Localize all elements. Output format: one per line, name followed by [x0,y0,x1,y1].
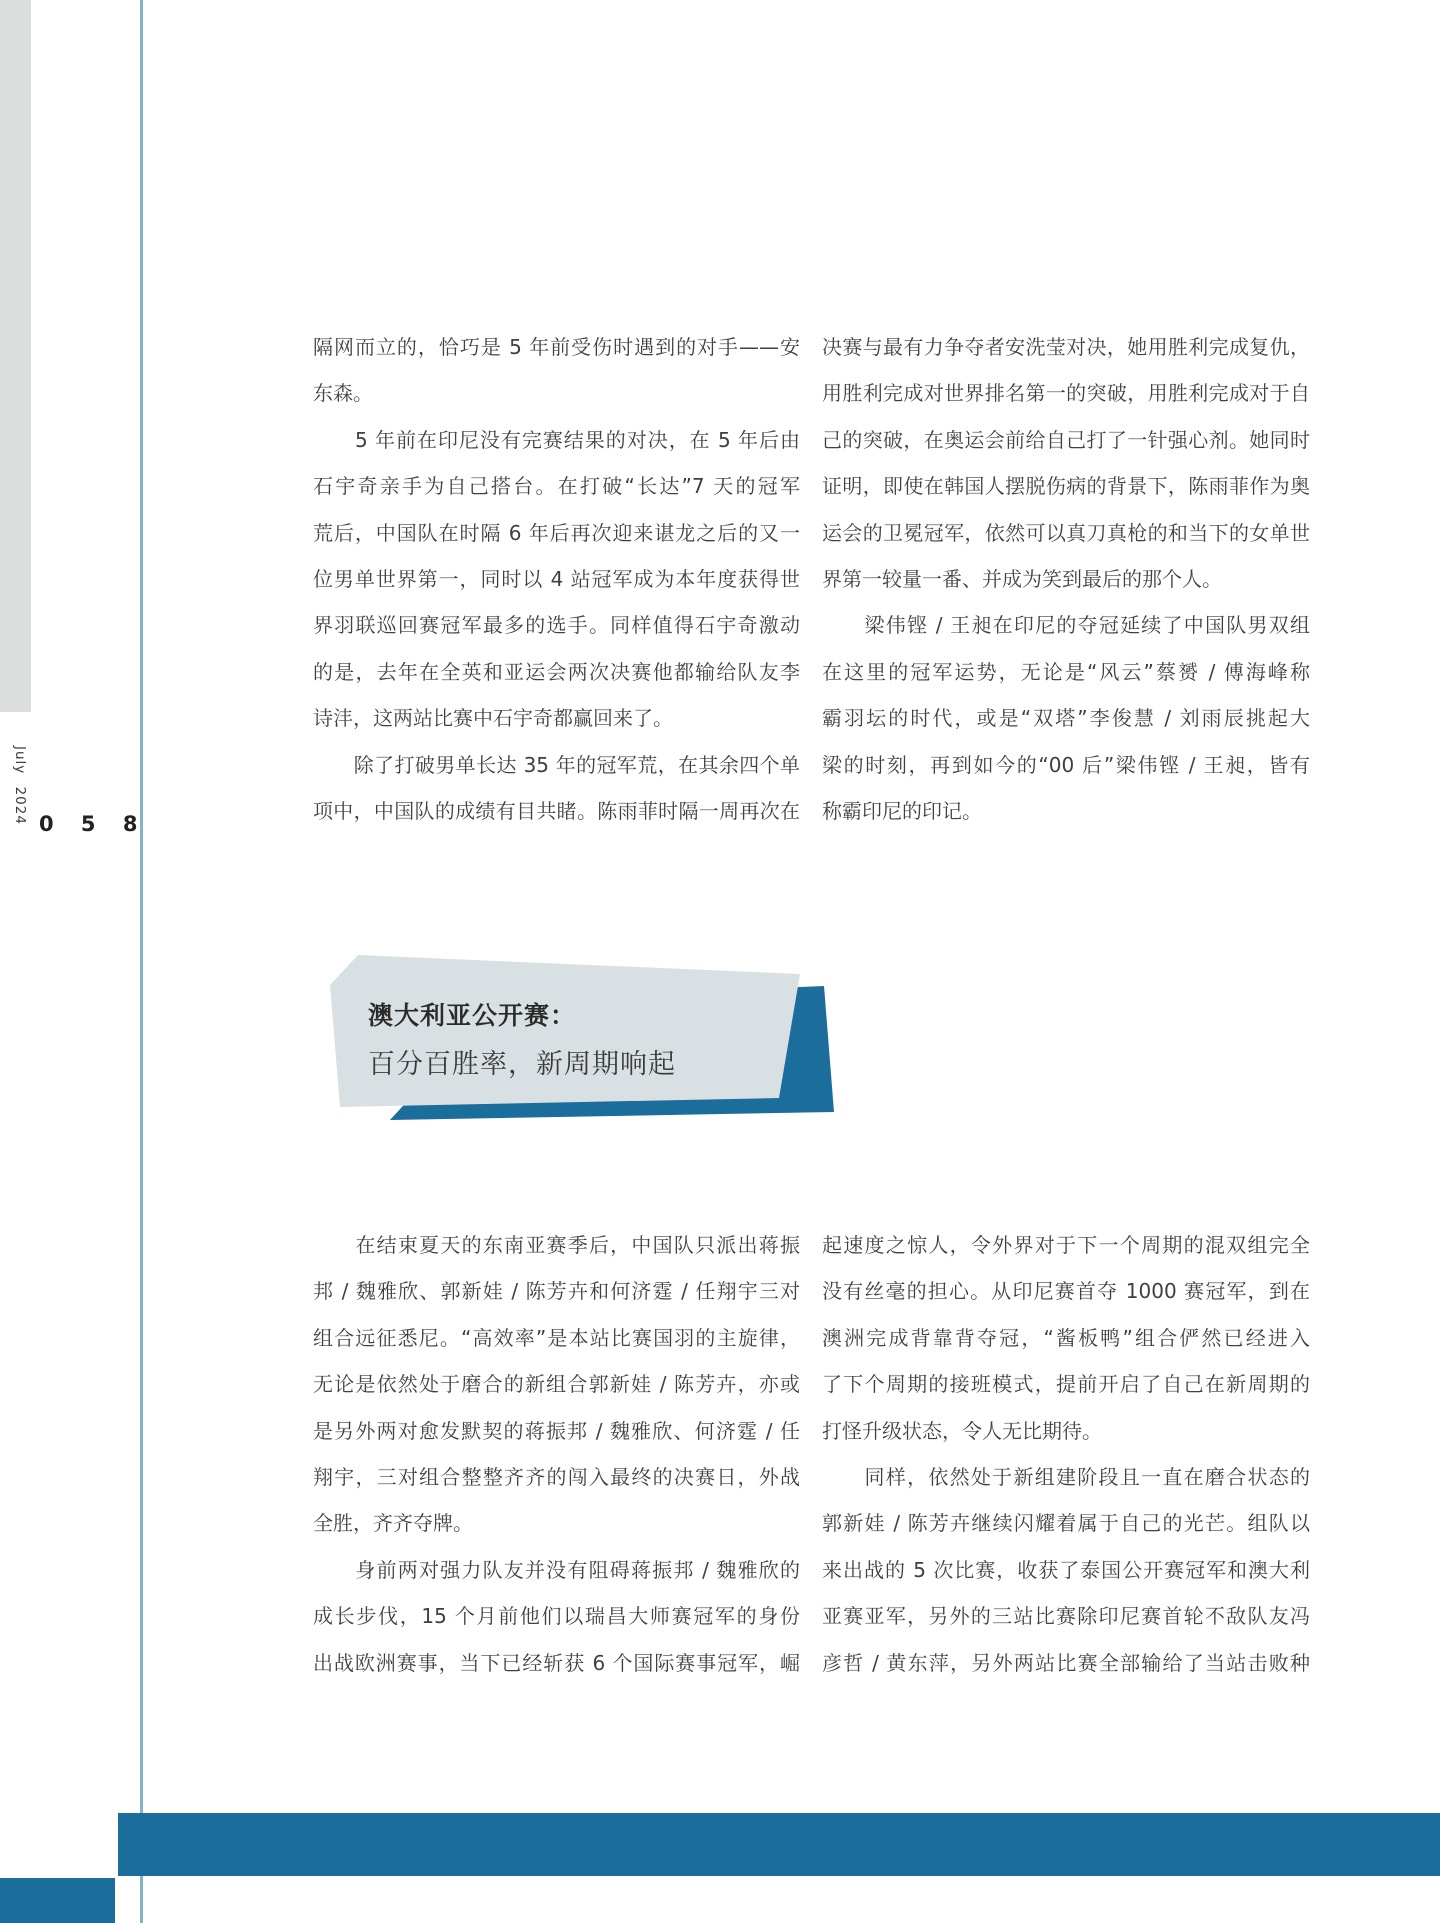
text-line: 是另外两对愈发默契的蒋振邦 / 魏雅欣、何济霆 / 任 [313,1408,800,1454]
text-line: 隔网而立的，恰巧是 5 年前受伤时遇到的对手——安 [313,324,800,370]
text-line: 界第一较量一番、并成为笑到最后的那个人。 [822,556,1310,602]
text-line: 位男单世界第一，同时以 4 站冠军成为本年度获得世 [313,556,800,602]
text-line: 澳洲完成背靠背夺冠，“酱板鸭”组合俨然已经进入 [822,1315,1310,1361]
text-line: 诗沣，这两站比赛中石宇奇都赢回来了。 [313,695,800,741]
text-line: 彦哲 / 黄东萍，另外两站比赛全部输给了当站击败种 [822,1640,1310,1686]
text-line: 没有丝毫的担心。从印尼赛首夺 1000 赛冠军，到在 [822,1268,1310,1314]
issue-date-vertical: July 2024 [12,746,28,846]
article-column-bottom-right: 起速度之惊人，令外界对于下一个周期的混双组完全没有丝毫的担心。从印尼赛首夺 10… [822,1222,1310,1686]
text-line: 组合远征悉尼。“高效率”是本站比赛国羽的主旋律， [313,1315,800,1361]
text-line: 同样，依然处于新组建阶段且一直在磨合状态的 [822,1454,1310,1500]
section-banner-title: 澳大利亚公开赛： [368,996,576,1032]
text-line: 霸羽坛的时代，或是“双塔”李俊慧 / 刘雨辰挑起大 [822,695,1310,741]
article-column-bottom-left: 在结束夏天的东南亚赛季后，中国队只派出蒋振邦 / 魏雅欣、郭新娃 / 陈芳卉和何… [313,1222,800,1686]
article-column-top-right: 决赛与最有力争夺者安洗莹对决，她用胜利完成复仇，用胜利完成对世界排名第一的突破，… [822,324,1310,834]
text-line: 界羽联巡回赛冠军最多的选手。同样值得石宇奇激动 [313,602,800,648]
text-line: 在结束夏天的东南亚赛季后，中国队只派出蒋振 [313,1222,800,1268]
text-line: 亚赛亚军，另外的三站比赛除印尼赛首轮不敌队友冯 [822,1593,1310,1639]
text-line: 打怪升级状态，令人无比期待。 [822,1408,1310,1454]
text-line: 己的突破，在奥运会前给自己打了一针强心剂。她同时 [822,417,1310,463]
text-line: 在这里的冠军运势，无论是“风云”蔡赟 / 傅海峰称 [822,649,1310,695]
text-line: 东森。 [313,370,800,416]
text-line: 石宇奇亲手为自己搭台。在打破“长达”7 天的冠军 [313,463,800,509]
text-line: 5 年前在印尼没有完赛结果的对决，在 5 年后由 [313,417,800,463]
text-line: 无论是依然处于磨合的新组合郭新娃 / 陈芳卉，亦或 [313,1361,800,1407]
text-line: 郭新娃 / 陈芳卉继续闪耀着属于自己的光芒。组队以 [822,1500,1310,1546]
text-line: 称霸印尼的印记。 [822,788,1310,834]
text-line: 身前两对强力队友并没有阻碍蒋振邦 / 魏雅欣的 [313,1547,800,1593]
text-line: 证明，即使在韩国人摆脱伤病的背景下，陈雨菲作为奥 [822,463,1310,509]
text-line: 起速度之惊人，令外界对于下一个周期的混双组完全 [822,1222,1310,1268]
footer-band [118,1813,1440,1876]
text-line: 荒后，中国队在时隔 6 年后再次迎来谌龙之后的又一 [313,510,800,556]
text-line: 翔宇，三对组合整整齐齐的闯入最终的决赛日，外战 [313,1454,800,1500]
text-line: 来出战的 5 次比赛，收获了泰国公开赛冠军和澳大利 [822,1547,1310,1593]
text-line: 除了打破男单长达 35 年的冠军荒，在其余四个单 [313,742,800,788]
text-line: 决赛与最有力争夺者安洗莹对决，她用胜利完成复仇， [822,324,1310,370]
text-line: 梁伟铿 / 王昶在印尼的夺冠延续了中国队男双组 [822,602,1310,648]
text-line: 了下个周期的接班模式，提前开启了自己在新周期的 [822,1361,1310,1407]
text-line: 邦 / 魏雅欣、郭新娃 / 陈芳卉和何济霆 / 任翔宇三对 [313,1268,800,1314]
text-line: 梁的时刻，再到如今的“00 后”梁伟铿 / 王昶，皆有 [822,742,1310,788]
text-line: 运会的卫冕冠军，依然可以真刀真枪的和当下的女单世 [822,510,1310,556]
text-line: 用胜利完成对世界排名第一的突破，用胜利完成对于自 [822,370,1310,416]
left-margin-bar [0,0,31,712]
section-banner-shapes [305,940,850,1135]
page-number: 0 5 8 [39,812,147,836]
vertical-rule-line [140,0,143,1923]
text-line: 出战欧洲赛事，当下已经斩获 6 个国际赛事冠军，崛 [313,1640,800,1686]
article-column-top-left: 隔网而立的，恰巧是 5 年前受伤时遇到的对手——安东森。 5 年前在印尼没有完赛… [313,324,800,834]
section-banner-subtitle: 百分百胜率，新周期响起 [368,1042,676,1081]
text-line: 全胜，齐齐夺牌。 [313,1500,800,1546]
text-line: 成长步伐，15 个月前他们以瑞昌大师赛冠军的身份 [313,1593,800,1639]
footer-left-block [0,1878,115,1923]
text-line: 项中，中国队的成绩有目共睹。陈雨菲时隔一周再次在 [313,788,800,834]
magazine-page: { "page": { "month_year": "July 2024", "… [0,0,1440,1923]
text-line: 的是，去年在全英和亚运会两次决赛他都输给队友李 [313,649,800,695]
